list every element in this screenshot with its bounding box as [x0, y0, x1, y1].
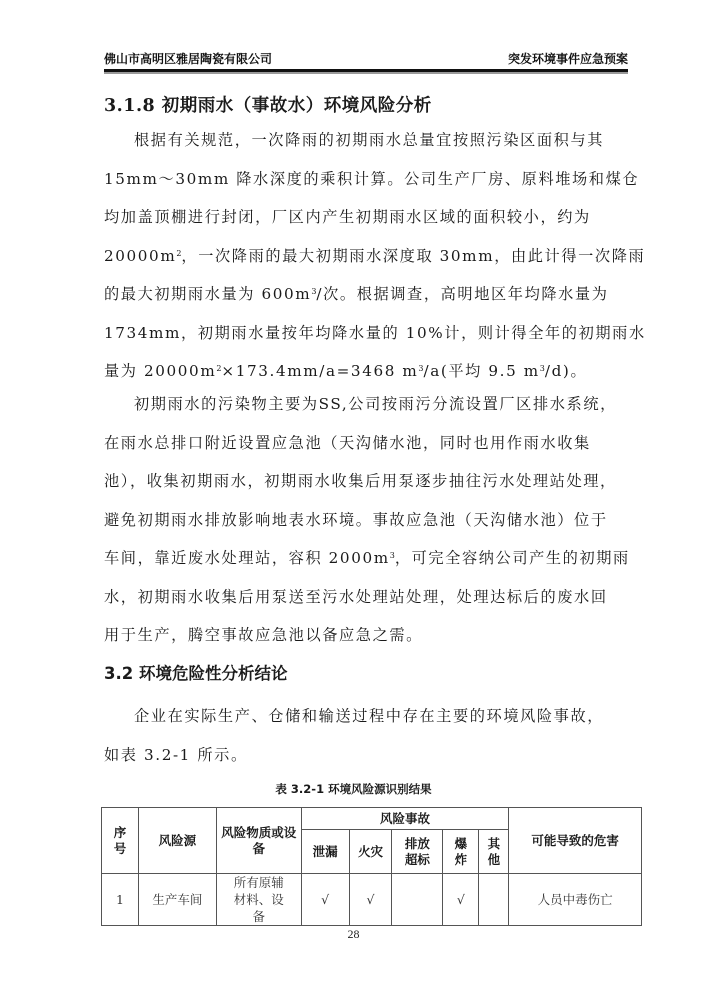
header-document-title: 突发环境事件应急预案 [508, 50, 628, 67]
cell-source: 生产车间 [138, 874, 216, 926]
cell-discharge [392, 874, 443, 926]
header-incident-leak: 泄漏 [301, 830, 349, 874]
text-line: 根据有关规范，一次降雨的初期雨水总量宜按照污染区面积与其 [104, 121, 624, 160]
page-number: 28 [0, 927, 707, 942]
table-caption: 表 3.2-1 环境风险源识别结果 [0, 781, 707, 797]
header-company: 佛山市高明区雅居陶瓷有限公司 [104, 50, 272, 67]
text-fragment: /a(平均 9.5 m [424, 362, 540, 380]
text-line: 避免初期雨水排放影响地表水环境。事故应急池（天沟储水池）位于 [104, 501, 624, 540]
section-318-paragraph-2: 初期雨水的污染物主要为SS,公司按雨污分流设置厂区排水系统， 在雨水总排口附近设… [104, 385, 624, 655]
text-line: 的最大初期雨水量为 600m3/次。根据调查，高明地区年均降水量为 [104, 275, 624, 314]
text-fragment: ，可完全容纳公司产生的初期雨 [395, 549, 630, 567]
text-line: 池），收集初期雨水，初期雨水收集后用泵逐步抽往污水处理站处理， [104, 462, 624, 501]
text-line: 在雨水总排口附近设置应急池（天沟储水池，同时也用作雨水收集 [104, 424, 624, 463]
text-line: 如表 3.2-1 所示。 [104, 736, 624, 775]
cell-fire: √ [349, 874, 392, 926]
text-fragment: /d)。 [545, 362, 587, 380]
header-label: 序号 [114, 825, 127, 856]
superscript: 2 [176, 249, 181, 258]
section-318-title: 3.1.8 初期雨水（事故水）环境风险分析 [104, 92, 432, 117]
cell-index: 1 [102, 874, 139, 926]
section-318-paragraph-1: 根据有关规范，一次降雨的初期雨水总量宜按照污染区面积与其 15mm～30mm 降… [104, 121, 624, 391]
text-line: 均加盖顶棚进行封闭，厂区内产生初期雨水区域的面积较小，约为 [104, 198, 624, 237]
header-incident-fire: 火灾 [349, 830, 392, 874]
text-line: 用于生产，腾空事故应急池以备应急之需。 [104, 616, 624, 655]
superscript: 3 [418, 364, 423, 373]
superscript: 3 [311, 287, 316, 296]
header-substance: 风险物质或设备 [216, 808, 301, 874]
table-header-row: 序号 风险源 风险物质或设备 风险事故 可能导致的危害 [102, 808, 642, 830]
text-fragment: 车间，靠近废水处理站，容积 2000m [104, 549, 390, 567]
text-line: 车间，靠近废水处理站，容积 2000m3，可完全容纳公司产生的初期雨 [104, 539, 624, 578]
header-label: 排放超标 [405, 836, 430, 867]
text-line: 15mm～30mm 降水深度的乘积计算。公司生产厂房、原料堆场和煤仓 [104, 160, 624, 199]
text-fragment: /次。根据调查，高明地区年均降水量为 [316, 285, 608, 303]
text-fragment: 20000m [104, 247, 176, 265]
header-incident-discharge: 排放超标 [392, 830, 443, 874]
text-fragment: 量为 20000m [104, 362, 216, 380]
text-fragment: ×173.4mm/a=3468 m [221, 362, 418, 380]
cell-other [479, 874, 509, 926]
superscript: 3 [390, 551, 395, 560]
superscript: 2 [216, 364, 221, 373]
cell-explosion: √ [443, 874, 479, 926]
text-fragment: 的最大初期雨水量为 600m [104, 285, 311, 303]
header-incident-group: 风险事故 [301, 808, 509, 830]
section-32-paragraph: 企业在实际生产、仓储和输送过程中存在主要的环境风险事故， 如表 3.2-1 所示… [104, 697, 624, 774]
page-header: 佛山市高明区雅居陶瓷有限公司 突发环境事件应急预案 [104, 48, 628, 66]
header-incident-explosion: 爆炸 [443, 830, 479, 874]
header-rule [104, 69, 628, 72]
text-fragment: ，一次降雨的最大初期雨水深度取 30mm，由此计得一次降雨 [181, 247, 645, 265]
text-line: 初期雨水的污染物主要为SS,公司按雨污分流设置厂区排水系统， [104, 385, 624, 424]
header-label: 风险物质或设备 [221, 825, 296, 856]
text-line: 1734mm，初期雨水量按年均降水量的 10%计，则计得全年的初期雨水 [104, 314, 624, 353]
cell-text: 所有原辅材料、设备 [234, 875, 284, 924]
superscript: 3 [540, 364, 545, 373]
text-line: 水，初期雨水收集后用泵送至污水处理站处理，处理达标后的废水回 [104, 578, 624, 617]
header-label: 其他 [488, 836, 501, 867]
table-row: 1 生产车间 所有原辅材料、设备 √ √ √ 人员中毒伤亡 [102, 874, 642, 926]
cell-hazard: 人员中毒伤亡 [509, 874, 642, 926]
header-index: 序号 [102, 808, 139, 874]
text-line: 20000m2，一次降雨的最大初期雨水深度取 30mm，由此计得一次降雨 [104, 237, 624, 276]
cell-leak: √ [301, 874, 349, 926]
section-32-title: 3.2 环境危险性分析结论 [104, 660, 287, 684]
header-label: 爆炸 [455, 836, 468, 867]
cell-substance: 所有原辅材料、设备 [216, 874, 301, 926]
header-hazard: 可能导致的危害 [509, 808, 642, 874]
header-source: 风险源 [138, 808, 216, 874]
risk-source-table: 序号 风险源 风险物质或设备 风险事故 可能导致的危害 泄漏 火灾 排放超标 爆… [101, 807, 642, 926]
text-line: 企业在实际生产、仓储和输送过程中存在主要的环境风险事故， [104, 697, 624, 736]
header-incident-other: 其他 [479, 830, 509, 874]
